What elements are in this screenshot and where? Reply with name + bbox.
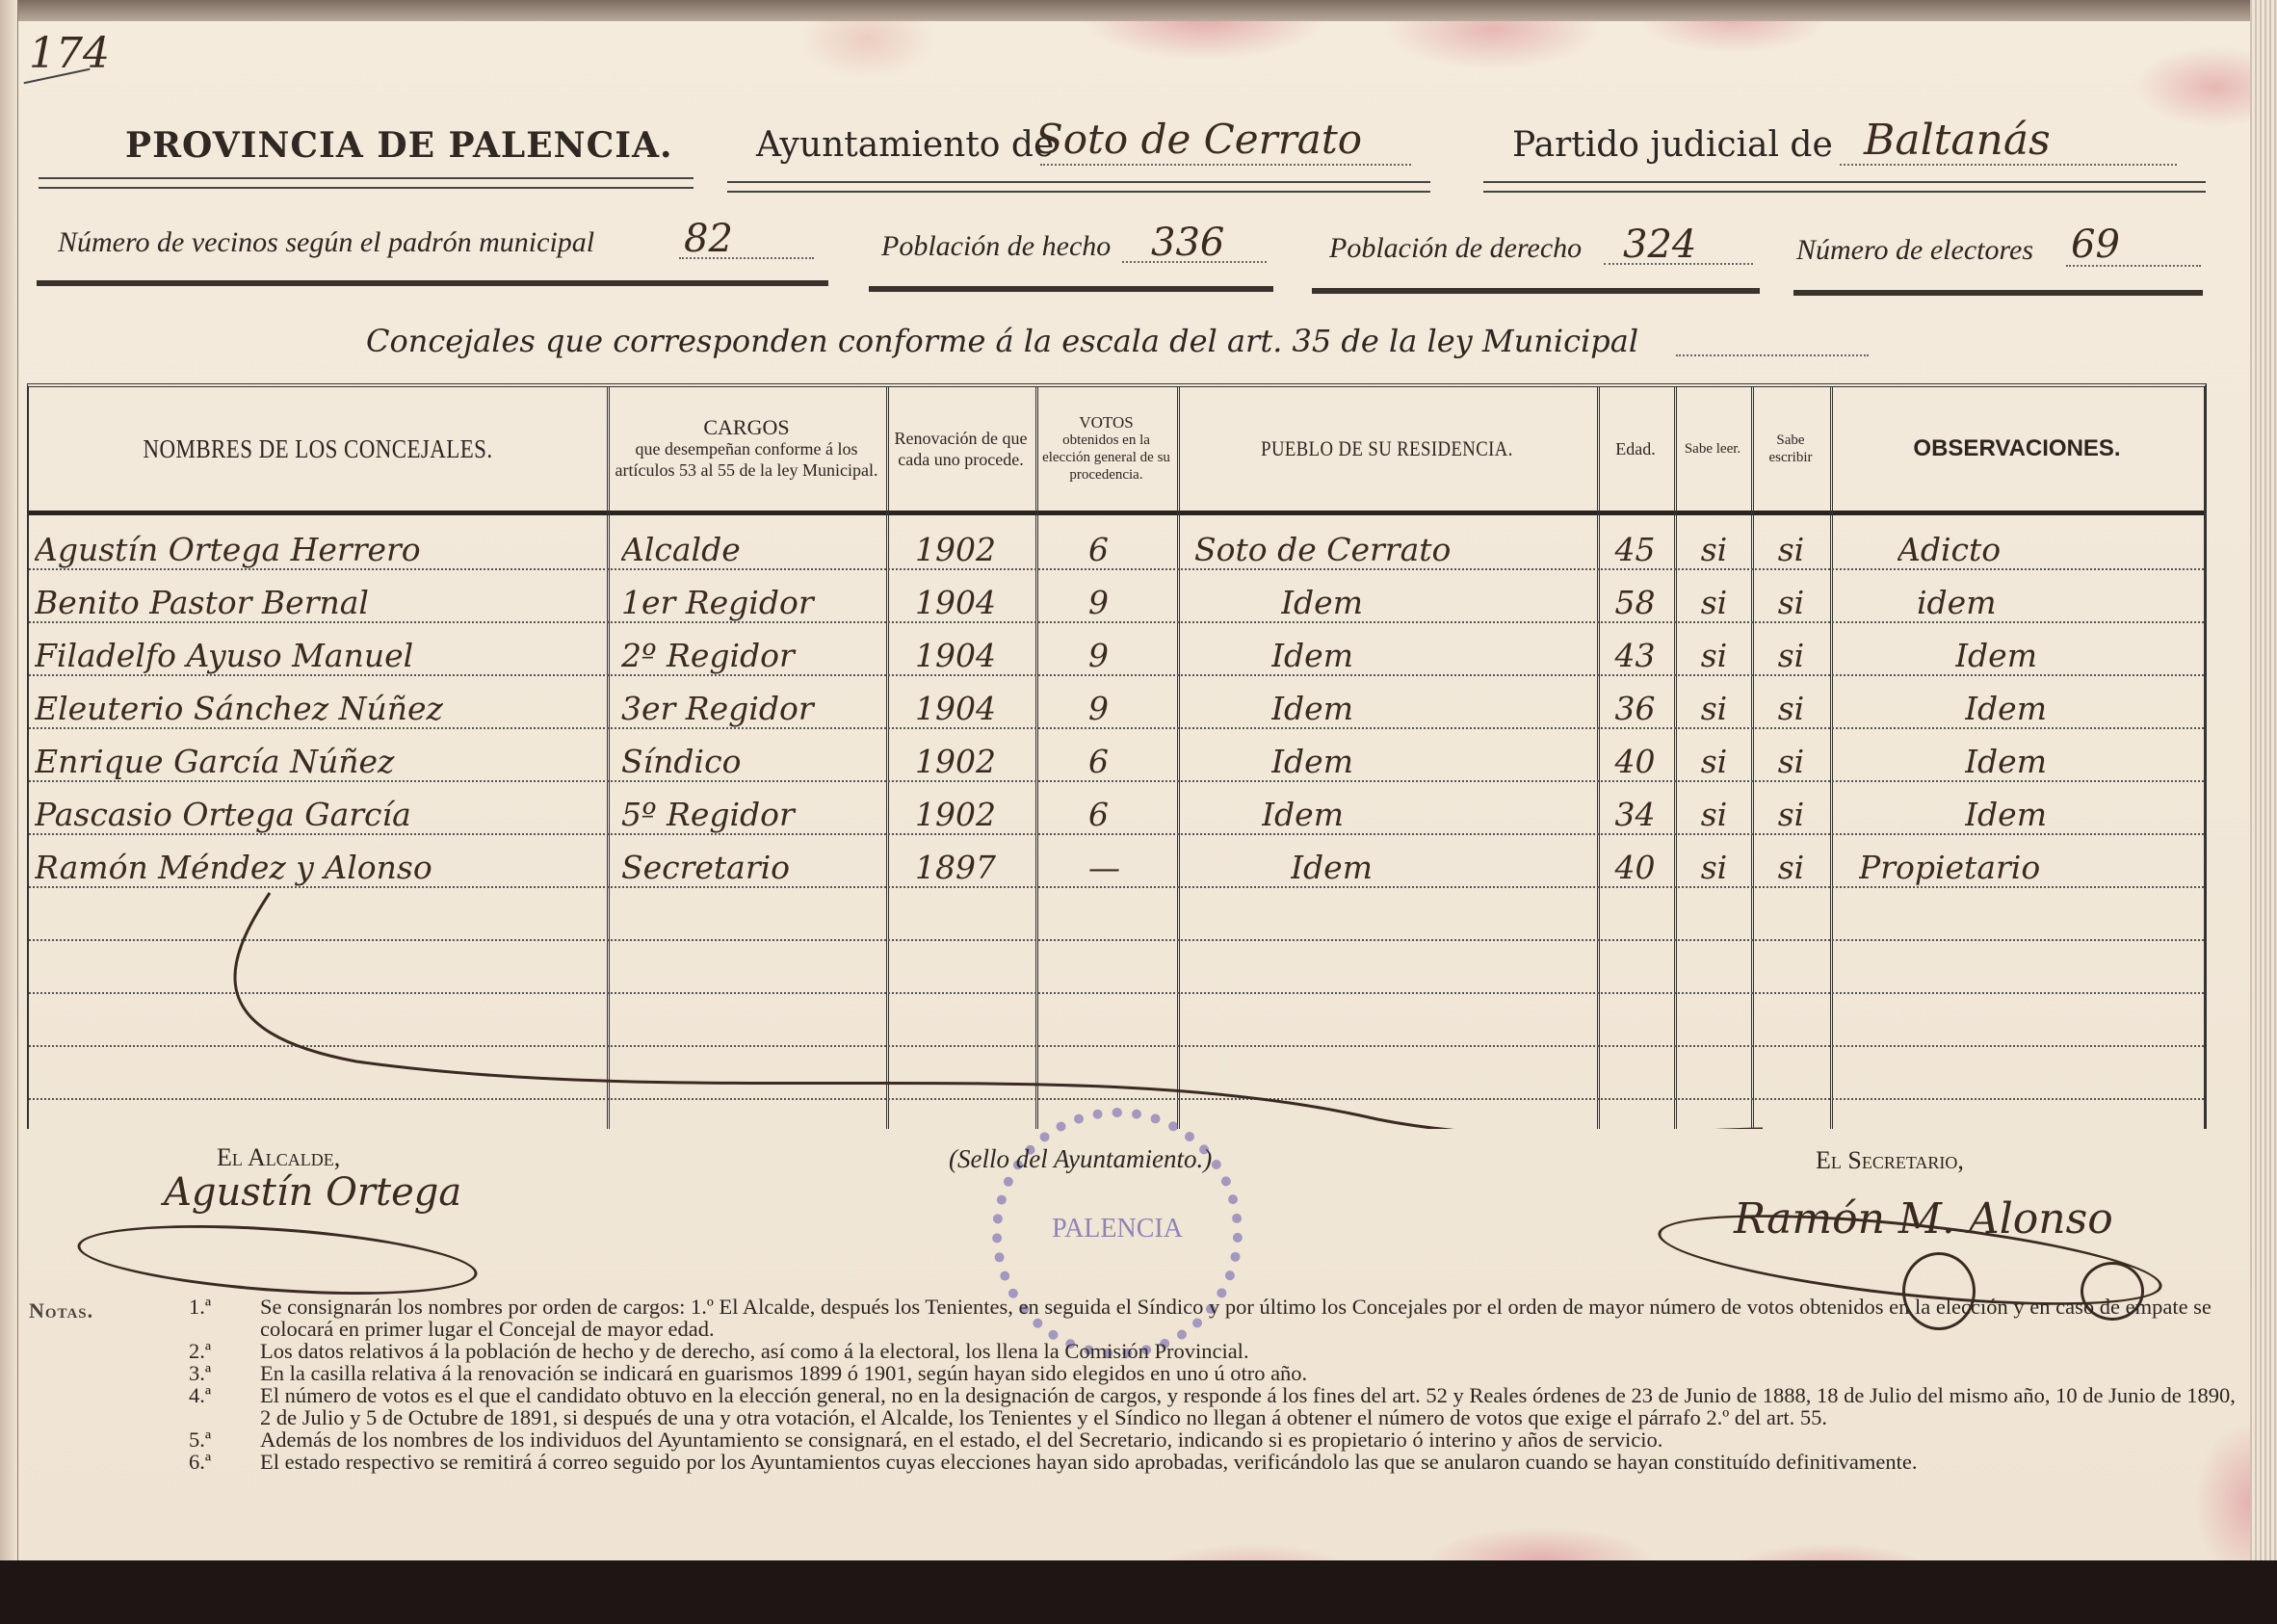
cell-cargo: 1er Regidor	[621, 568, 881, 623]
cell-votos: 6	[1088, 780, 1165, 835]
nota-number: 5.ª	[189, 1428, 211, 1451]
census-row: Número de vecinos según el padrón munici…	[0, 217, 2277, 294]
cell-nombre: Enrique García Núñez	[35, 727, 603, 782]
alcalde-signature: Agustín Ortega	[164, 1170, 461, 1215]
header-pueblo: PUEBLO DE SU RESIDENCIA.	[1209, 387, 1566, 511]
notas-label: Notas.	[29, 1299, 93, 1322]
nota-number: 2.ª	[189, 1340, 211, 1362]
nota-text: Los datos relativos á la población de he…	[260, 1340, 2244, 1362]
cell-leer: si	[1678, 674, 1750, 729]
header-votos: VOTOS obtenidos en la elección general d…	[1035, 387, 1177, 511]
header-observaciones: OBSERVACIONES.	[1830, 387, 2204, 511]
cell-pueblo: Idem	[1281, 568, 1589, 623]
header-cargos: CARGOS que desempeñan conforme á los art…	[607, 387, 886, 511]
page-top-edge	[0, 0, 2277, 21]
alcalde-flourish	[75, 1215, 480, 1306]
cell-escribir: si	[1755, 621, 1827, 676]
cell-observaciones: Idem	[1965, 727, 2186, 782]
divider	[37, 280, 828, 286]
table-row: Pascasio Ortega García 5º Regidor 1902 6…	[29, 780, 2204, 835]
cell-cargo: Alcalde	[621, 515, 881, 570]
cell-nombre: Ramón Méndez y Alonso	[35, 833, 603, 888]
cell-renovacion: 1904	[915, 674, 1031, 729]
concejales-caption: Concejales que corresponden conforme á l…	[366, 323, 1638, 359]
cell-renovacion: 1897	[915, 833, 1031, 888]
concejales-table: NOMBRES DE LOS CONCEJALES. CARGOS que de…	[27, 383, 2207, 1129]
cell-observaciones: Idem	[1965, 674, 2186, 729]
page-number: 174	[29, 29, 110, 78]
cell-votos: 6	[1088, 727, 1165, 782]
header-cargos-title: CARGOS	[703, 417, 789, 438]
cell-observaciones: Adicto	[1897, 515, 2186, 570]
cell-votos: 9	[1088, 674, 1165, 729]
cell-cargo: Secretario	[621, 833, 881, 888]
nota-number: 4.ª	[189, 1384, 211, 1406]
cell-pueblo: Idem	[1271, 621, 1589, 676]
cell-cargo: 5º Regidor	[621, 780, 881, 835]
stamp-text: PALENCIA	[1002, 1214, 1233, 1244]
cell-votos: 6	[1088, 515, 1165, 570]
closing-stroke	[29, 888, 1763, 1129]
cell-edad: 43	[1599, 621, 1671, 676]
header-renovacion: Renovación de que cada uno procede.	[886, 387, 1035, 511]
nota-number: 3.ª	[189, 1362, 211, 1384]
header-sabe-escribir: Sabe escribir	[1751, 387, 1830, 511]
table-row: Enrique García Núñez Síndico 1902 6 Idem…	[29, 727, 2204, 782]
cell-renovacion: 1904	[915, 621, 1031, 676]
poblacion-derecho-label: Población de derecho	[1329, 232, 1582, 265]
cell-observaciones: Idem	[1955, 621, 2186, 676]
partido-judicial-label: Partido judicial de	[1512, 125, 1833, 165]
cell-renovacion: 1902	[915, 727, 1031, 782]
cell-escribir: si	[1755, 674, 1827, 729]
table-row: Benito Pastor Bernal 1er Regidor 1904 9 …	[29, 568, 2204, 623]
header-votos-sub: obtenidos en la elección general de su p…	[1039, 432, 1173, 484]
cell-pueblo: Soto de Cerrato	[1194, 515, 1589, 570]
cell-leer: si	[1678, 833, 1750, 888]
cell-renovacion: 1904	[915, 568, 1031, 623]
alcalde-title: El Alcalde,	[217, 1143, 340, 1172]
cell-renovacion: 1902	[915, 515, 1031, 570]
cell-edad: 40	[1599, 727, 1671, 782]
cell-observaciones: Propietario	[1859, 833, 2196, 888]
header-nombres: NOMBRES DE LOS CONCEJALES.	[72, 387, 563, 511]
sello-label: (Sello del Ayuntamiento.)	[949, 1144, 1212, 1174]
nota-text: Además de los nombres de los individuos …	[260, 1428, 2244, 1451]
caption-dotted-line	[1676, 354, 1869, 356]
cell-votos: —	[1088, 833, 1165, 888]
cell-leer: si	[1678, 727, 1750, 782]
vecinos-label: Número de vecinos según el padrón munici…	[58, 226, 594, 259]
cell-leer: si	[1678, 515, 1750, 570]
ayuntamiento-value: Soto de Cerrato	[1035, 116, 1362, 163]
register-page: 174 PROVINCIA DE PALENCIA. Ayuntamiento …	[0, 0, 2277, 1580]
cell-renovacion: 1902	[915, 780, 1031, 835]
electores-value: 69	[2071, 223, 2120, 267]
cell-leer: si	[1678, 780, 1750, 835]
nota-item: 2.ªLos datos relativos á la población de…	[212, 1340, 2244, 1362]
cell-pueblo: Idem	[1271, 727, 1589, 782]
vecinos-value: 82	[684, 217, 733, 261]
cell-cargo: 3er Regidor	[621, 674, 881, 729]
nota-item: 6.ªEl estado respectivo se remitirá á co…	[212, 1451, 2244, 1473]
cell-votos: 9	[1088, 621, 1165, 676]
nota-text: En la casilla relativa á la renovación s…	[260, 1362, 2244, 1384]
nota-number: 6.ª	[189, 1451, 211, 1473]
scan-background	[0, 1560, 2277, 1624]
cell-edad: 36	[1599, 674, 1671, 729]
table-row: Eleuterio Sánchez Núñez 3er Regidor 1904…	[29, 674, 2204, 729]
cell-nombre: Benito Pastor Bernal	[35, 568, 603, 623]
cell-leer: si	[1678, 568, 1750, 623]
cell-observaciones: idem	[1917, 568, 2186, 623]
electores-label: Número de electores	[1796, 234, 2033, 267]
cell-escribir: si	[1755, 515, 1827, 570]
cell-pueblo: Idem	[1262, 780, 1589, 835]
header-votos-title: VOTOS	[1079, 414, 1133, 432]
table-row: Agustín Ortega Herrero Alcalde 1902 6 So…	[29, 515, 2204, 570]
cell-cargo: Síndico	[621, 727, 881, 782]
table-row: Filadelfo Ayuso Manuel 2º Regidor 1904 9…	[29, 621, 2204, 676]
divider	[869, 286, 1273, 292]
partido-judicial-value: Baltanás	[1864, 116, 2051, 165]
nota-text: El número de votos es el que el candidat…	[260, 1384, 2244, 1428]
cell-nombre: Eleuterio Sánchez Núñez	[35, 674, 603, 729]
provincia-title: PROVINCIA DE PALENCIA.	[125, 125, 673, 166]
nota-item: 1.ªSe consignarán los nombres por orden …	[212, 1296, 2244, 1340]
cell-escribir: si	[1755, 780, 1827, 835]
cell-pueblo: Idem	[1291, 833, 1589, 888]
cell-escribir: si	[1755, 833, 1827, 888]
nota-item: 3.ªEn la casilla relativa á la renovació…	[212, 1362, 2244, 1384]
cell-nombre: Agustín Ortega Herrero	[35, 515, 603, 570]
cell-escribir: si	[1755, 568, 1827, 623]
cell-leer: si	[1678, 621, 1750, 676]
divider	[727, 181, 1430, 193]
ayuntamiento-dotted-line	[1040, 164, 1411, 166]
nota-text: Se consignarán los nombres por orden de …	[260, 1296, 2244, 1340]
cell-votos: 9	[1088, 568, 1165, 623]
header-edad: Edad.	[1597, 387, 1674, 511]
secretario-title: El Secretario,	[1816, 1146, 1964, 1175]
header-row: PROVINCIA DE PALENCIA. Ayuntamiento de S…	[0, 114, 2277, 191]
divider	[1483, 181, 2206, 193]
nota-item: 4.ªEl número de votos es el que el candi…	[212, 1384, 2244, 1428]
cell-edad: 58	[1599, 568, 1671, 623]
divider	[1312, 288, 1760, 294]
divider	[1793, 290, 2203, 296]
cell-edad: 45	[1599, 515, 1671, 570]
header-sabe-leer: Sabe leer.	[1674, 387, 1751, 511]
cell-observaciones: Idem	[1965, 780, 2186, 835]
nota-text: El estado respectivo se remitirá á corre…	[260, 1451, 2244, 1473]
ayuntamiento-label: Ayuntamiento de	[756, 125, 1054, 165]
cell-edad: 40	[1599, 833, 1671, 888]
header-cargos-sub: que desempeñan conforme á los artículos …	[607, 438, 886, 481]
nota-number: 1.ª	[189, 1296, 211, 1318]
cell-pueblo: Idem	[1271, 674, 1589, 729]
cell-nombre: Filadelfo Ayuso Manuel	[35, 621, 603, 676]
divider	[39, 177, 694, 189]
cell-nombre: Pascasio Ortega García	[35, 780, 603, 835]
notas-section: Notas. 1.ªSe consignarán los nombres por…	[29, 1296, 2244, 1473]
cell-edad: 34	[1599, 780, 1671, 835]
cell-escribir: si	[1755, 727, 1827, 782]
table-row: Ramón Méndez y Alonso Secretario 1897 — …	[29, 833, 2204, 888]
poblacion-hecho-label: Población de hecho	[881, 230, 1111, 263]
poblacion-hecho-value: 336	[1151, 221, 1224, 265]
nota-item: 5.ªAdemás de los nombres de los individu…	[212, 1428, 2244, 1451]
poblacion-derecho-value: 324	[1623, 223, 1696, 267]
cell-cargo: 2º Regidor	[621, 621, 881, 676]
